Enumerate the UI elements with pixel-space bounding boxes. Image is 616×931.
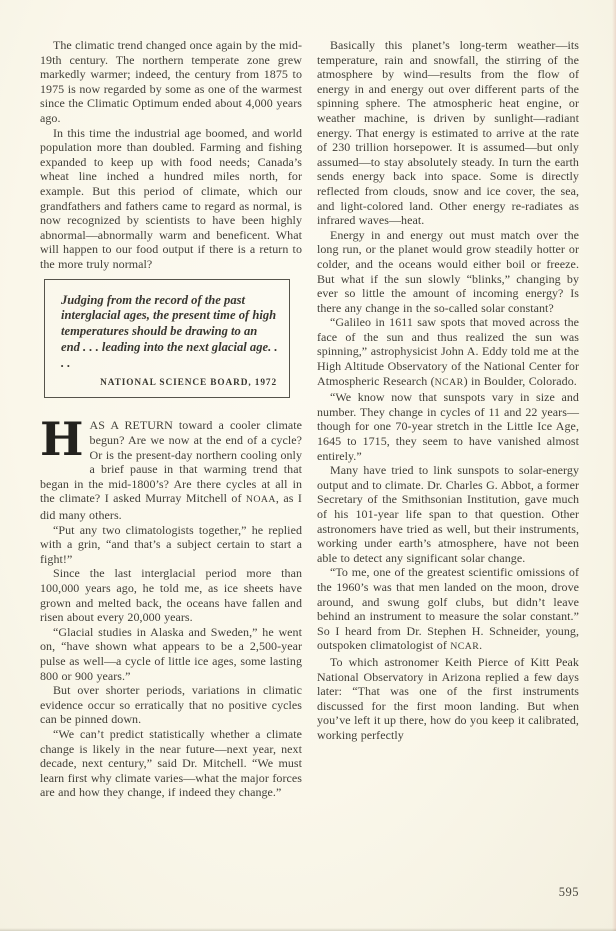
paragraph: Since the last interglacial period more … [40,566,302,624]
left-column: The climatic trend changed once again by… [40,38,302,800]
paragraph: “Glacial studies in Alaska and Sweden,” … [40,625,302,683]
paragraph: To which astronomer Keith Pierce of Kitt… [317,655,579,743]
pull-quote-attribution: NATIONAL SCIENCE BOARD, 1972 [61,378,278,388]
paragraph: In this time the industrial age boomed, … [40,126,302,272]
paragraph: HAS A RETURN toward a cooler climate beg… [40,418,302,522]
paragraph: “To me, one of the greatest scientific o… [317,565,579,655]
paragraph: “We know now that sunspots vary in size … [317,390,579,463]
magazine-page: The climatic trend changed once again by… [0,0,616,931]
page-number: 595 [559,885,579,900]
pull-quote-text: Judging from the record of the past inte… [61,293,278,372]
text-columns: The climatic trend changed once again by… [0,0,616,800]
paragraph: Many have tried to link sunspots to sola… [317,463,579,565]
paragraph: But over shorter periods, variations in … [40,683,302,727]
paragraph: “Galileo in 1611 saw spots that moved ac… [317,315,579,390]
paragraph: “We can’t predict statistically whether … [40,727,302,800]
paragraph: The climatic trend changed once again by… [40,38,302,126]
right-column: Basically this planet’s long-term weathe… [317,38,579,800]
drop-cap: H [40,418,84,462]
paragraph: “Put any two climatologists together,” h… [40,523,302,567]
paragraph: Energy in and energy out must match over… [317,228,579,316]
paragraph: Basically this planet’s long-term weathe… [317,38,579,228]
page-edge-shading [612,0,616,931]
pull-quote-box: Judging from the record of the past inte… [44,279,290,399]
